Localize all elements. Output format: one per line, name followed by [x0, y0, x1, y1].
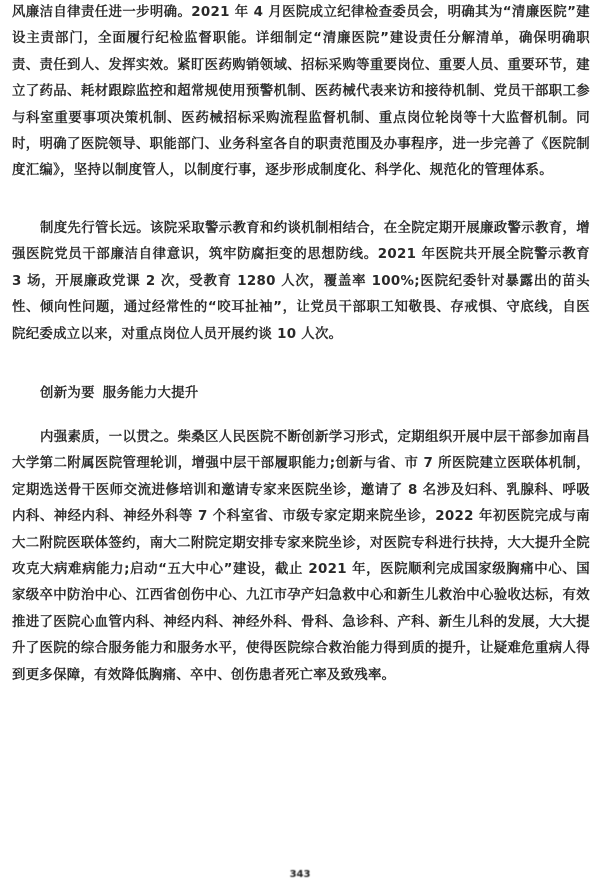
- section-heading: 创新为要服务能力大提升: [40, 381, 199, 407]
- paragraph-discipline-responsibility: 风廉洁自律责任进一步明确。2021 年 4 月医院成立纪律检查委员会，明确其为“…: [12, 0, 590, 185]
- paragraph-warning-education: 制度先行管长远。该院采取警示教育和约谈机制相结合，在全院定期开展廉政警示教育，增…: [12, 216, 590, 348]
- page-number: 343: [0, 869, 600, 880]
- section-heading-part1: 创新为要: [40, 386, 95, 401]
- section-heading-part2: 服务能力大提升: [103, 386, 199, 401]
- paragraph-service-capability: 内强素质，一以贯之。柴桑区人民医院不断创新学习形式，定期组织开展中层干部参加南昌…: [12, 425, 590, 689]
